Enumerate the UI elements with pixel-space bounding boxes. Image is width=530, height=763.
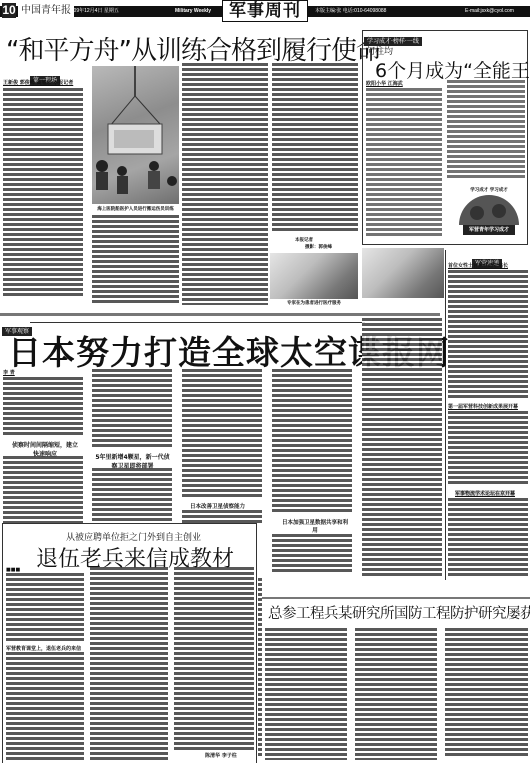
japan-spy-body-col2a [92,369,172,449]
page-number: 10 [2,3,16,18]
news-brief-2-body [448,411,528,486]
news-brief-1-body [448,270,528,400]
sidebar-headline: 6个月成为“全能王” [375,56,530,83]
peace-ark-body-col2 [92,215,179,305]
award-headline: 总参工程兵某研究所国防工程防护研究屡获大奖 [268,602,530,623]
veterans-subhead: 军营教育课堂上，退伍老兵的来信 [6,645,81,652]
english-section-name: Military Weekly [175,6,211,17]
study-emblem: 学习成才 学习成才 军营青年学习成才 [455,185,523,240]
japan-spy-body-col2b [92,468,172,524]
crane-stretcher-icon [92,66,179,204]
peace-ark-byline: 王新俊 郭俊峰 高旭东 本报记者 [3,79,73,86]
column-divider [445,250,446,580]
japan-spy-byline: 李 青 [3,369,15,376]
hospital-photo-1 [270,253,358,299]
news-brief-3-body [448,498,528,576]
sidebar-body-col1 [366,88,442,238]
peace-ark-credit-2: 摄影：郭俊峰 [305,244,332,250]
veterans-body-col3 [174,567,254,750]
paper-logo: 中国青年报 [18,3,74,18]
hospital-photo-2 [362,248,444,298]
japan-spy-body-col5 [362,318,442,578]
continued-text-strip [258,578,262,758]
japan-spy-body-col4a [272,369,352,514]
peace-ark-body-col1 [3,88,83,298]
issue-date: 2009年12月4日 星期五 [68,6,119,17]
peace-ark-photo [92,66,179,204]
email-address: E-mail:jsxk@cyol.com [465,6,514,17]
award-divider [262,597,530,599]
section-title: 军事周刊 [222,0,308,22]
award-body-col2 [355,628,437,760]
veterans-body-col2 [90,567,168,760]
emblem-top-text: 学习成才 学习成才 [457,187,521,193]
peace-ark-photo-caption: 海上医院船医护人员进行搬运伤员训练 [92,206,179,212]
japan-spy-body-col4b [272,534,352,574]
japan-spy-body-col1a [3,377,83,437]
japan-spy-body-col3a [182,369,262,499]
japan-spy-subhead-4: 日本加强卫星数据共享和利用 [280,518,350,534]
award-body-col1 [265,628,347,760]
award-body-col3 [445,628,528,758]
japan-spy-body-col1b [3,456,83,524]
news-brief-1-headline: 首位女性士官担任通信站长 [448,262,508,269]
peace-ark-body-col3 [182,63,268,305]
veterans-body-col1b [6,652,84,760]
section-divider [0,313,440,316]
news-brief-2-headline: 第一届军营科技创新成果展开幕 [448,403,518,410]
veterans-body-col1a [6,573,84,643]
peace-ark-credit-1: 本报记者 [295,237,313,243]
peace-ark-headline: “和平方舟”从训练合格到履行使命 [6,30,381,67]
hospital-photo-1-caption: 专家在为患者进行医疗服务 [270,300,358,306]
editor-info: 本版主编:张 电话:010-64098088 [315,6,386,17]
masthead: 10 中国青年报 2009年12月4日 星期五 Military Weekly … [0,0,530,22]
emblem-bottom-text: 军营青年学习成才 [463,226,515,233]
sidebar-byline: 欧阳小华 江海武 [366,80,403,87]
sidebar-body-col2 [447,80,525,180]
news-brief-3-headline: 军事物流学术论坛在京开幕 [455,490,515,497]
veterans-signature: 陈清华 李子柱 [205,752,237,759]
peace-ark-body-col4 [272,63,358,233]
japan-spy-subhead-3: 日本改善卫星侦察能力 [190,502,245,510]
